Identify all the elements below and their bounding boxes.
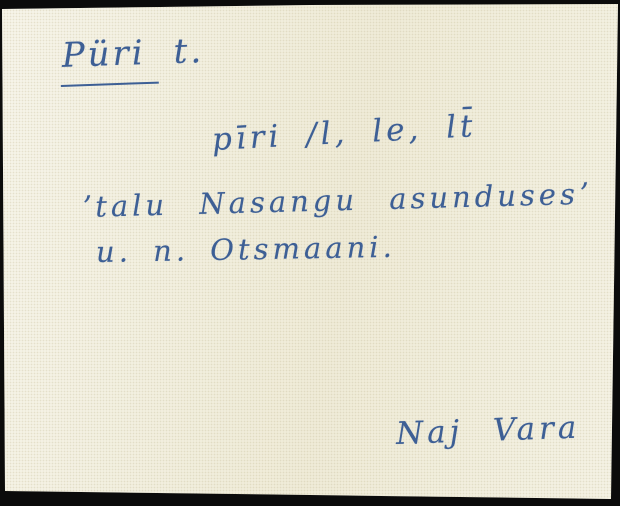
place-name: Püri xyxy=(59,33,159,87)
declension-line: pīri /l, le, lt̄ xyxy=(211,108,477,158)
signature: Naj Vara xyxy=(395,410,581,452)
card-title-line: Pürit. xyxy=(59,31,205,87)
index-card: Pürit. pīri /l, le, lt̄ ʼtalu Nasangu as… xyxy=(0,0,620,506)
description-line-2: u. n. Otsmaani. xyxy=(96,230,396,269)
description-line-1: ʼtalu Nasangu asundusesʼ xyxy=(82,177,593,224)
scan-background: Pürit. pīri /l, le, lt̄ ʼtalu Nasangu as… xyxy=(0,0,620,506)
title-abbreviation: t. xyxy=(173,31,205,72)
